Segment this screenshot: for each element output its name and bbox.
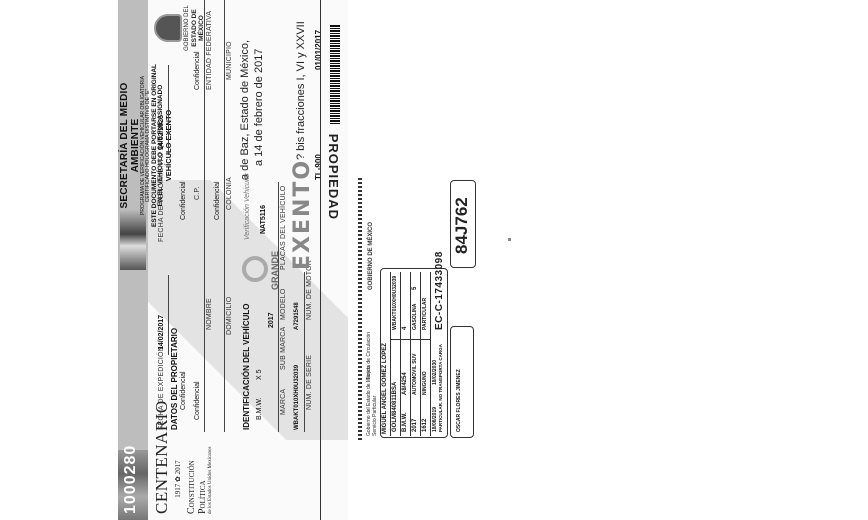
domicilio-label: DOMICILIO xyxy=(226,297,233,335)
exento-stamp: EXENTO xyxy=(290,159,315,270)
blindado: NINGUNO xyxy=(422,371,428,395)
motor: A8/4254 xyxy=(402,372,408,395)
nombre-value: Confidencial xyxy=(194,381,201,420)
verificacion-logo: Verificación Vehicular xyxy=(244,173,251,240)
barcode xyxy=(330,24,340,124)
plate-number: 84J762 xyxy=(452,197,472,254)
bottom-date: 01/01/2017 xyxy=(314,30,323,70)
rfc: GOLM840811BSA xyxy=(392,382,398,432)
serie-label: NUM. DE SERIE xyxy=(306,355,313,410)
entidad-value: Confidencial xyxy=(194,51,201,90)
modelo-label: MODELO xyxy=(280,288,287,320)
photo-strip: 1000280 xyxy=(118,450,148,520)
fecha-expedicion: 14/02/2017 xyxy=(158,315,165,350)
combustible: GASOLINA xyxy=(412,304,418,330)
fecha-expedicion-label: FECHA DE EXPEDICIÓN xyxy=(158,346,165,430)
verification-certificate: 1000280 SECRETARÍA DEL MEDIO AMBIENTE PR… xyxy=(118,0,348,520)
cp-label: C.P. xyxy=(194,186,201,200)
marca-value: B.M.W. xyxy=(256,397,263,420)
circulation-card: Gobierno del Estado de México Servicio P… xyxy=(356,178,478,440)
cilindros: 4 xyxy=(402,327,408,330)
puertas: 5 xyxy=(412,287,418,290)
colonia-label: COLONIA xyxy=(226,177,233,210)
legal-text: a de Baz, Estado de México, a 14 de febr… xyxy=(238,40,267,180)
tipo: AUTOMOVIL SUV xyxy=(412,354,418,396)
propietario-value: Confidencial xyxy=(180,371,187,410)
submarca-label: SUB MARCA xyxy=(280,327,287,370)
government-label: GOBIERNO DEL ESTADO DE MÉXICO xyxy=(184,4,206,52)
secretaria-header: SECRETARÍA DEL MEDIO AMBIENTE PROGRAMA D… xyxy=(120,58,173,233)
placas-value: NAT5116 xyxy=(260,205,267,234)
colonia-value: Confidencial xyxy=(214,181,221,220)
fecha-vencimiento-label: FECHA DE VENCIMIENTO xyxy=(158,153,165,242)
card-type: Tarjeta de Circulación xyxy=(366,332,372,380)
propiedad-text: PROPIEDAD xyxy=(326,134,341,220)
certificate-serial: 1000280 xyxy=(122,445,140,514)
municipio-label: MUNICIPIO xyxy=(226,41,233,80)
serie: WBAKT010XH0U32039 xyxy=(392,276,398,330)
placas-label: PLACAS DEL VEHÍCULO xyxy=(280,186,287,270)
uso: PARTICULAR xyxy=(422,298,428,330)
grande-logo-icon xyxy=(242,256,268,282)
centenario-logo: CENTENARIO 1917 ✿ 2017 Constitución Polí… xyxy=(152,444,213,514)
fold-line xyxy=(320,0,321,520)
perforation xyxy=(358,178,362,440)
cp-value: Confidencial xyxy=(180,181,187,220)
service-type: Servicio Particular xyxy=(372,396,378,436)
scan-speck xyxy=(508,238,511,241)
marca-label: MARCA xyxy=(280,389,287,415)
owner-name: MIGUEL ANGEL GOMEZ LOPEZ xyxy=(382,343,388,434)
serie-value: WBAKT010XH0U32039 xyxy=(294,365,300,430)
legal-fracciones: ? bis fracciones I, VI y XXVII xyxy=(294,21,308,160)
modelo-value: 2017 xyxy=(268,312,275,328)
clase: 1612 xyxy=(422,419,428,432)
modelo: 2017 xyxy=(412,419,418,432)
entidad-label: ENTIDAD FEDERATIVA xyxy=(206,11,213,90)
servicio: PARTICULAR. NO TRANSPORTA CARGA xyxy=(438,344,443,432)
mexico-logo: GOBIERNO DE MÉXICO xyxy=(368,222,374,290)
state-seal-icon xyxy=(154,14,182,42)
nombre-label: NOMBRE xyxy=(206,298,213,330)
fecha-vencimiento: 14/02/2025 xyxy=(158,115,165,150)
form-code: TL-900 xyxy=(314,154,323,180)
propietario-header: DATOS DEL PROPIETARIO xyxy=(170,328,179,430)
signature-box xyxy=(450,326,474,438)
motor-value: A7291548 xyxy=(294,302,300,330)
folio-number: EC-C-17433098 xyxy=(434,251,445,330)
submarca-value: X 5 xyxy=(256,369,263,380)
vehiculo-header: IDENTIFICACIÓN DEL VEHÍCULO xyxy=(242,303,251,430)
signature-name: OSCAR FLORES JIMENEZ xyxy=(456,369,462,432)
marca: B.M.W. xyxy=(402,412,408,432)
